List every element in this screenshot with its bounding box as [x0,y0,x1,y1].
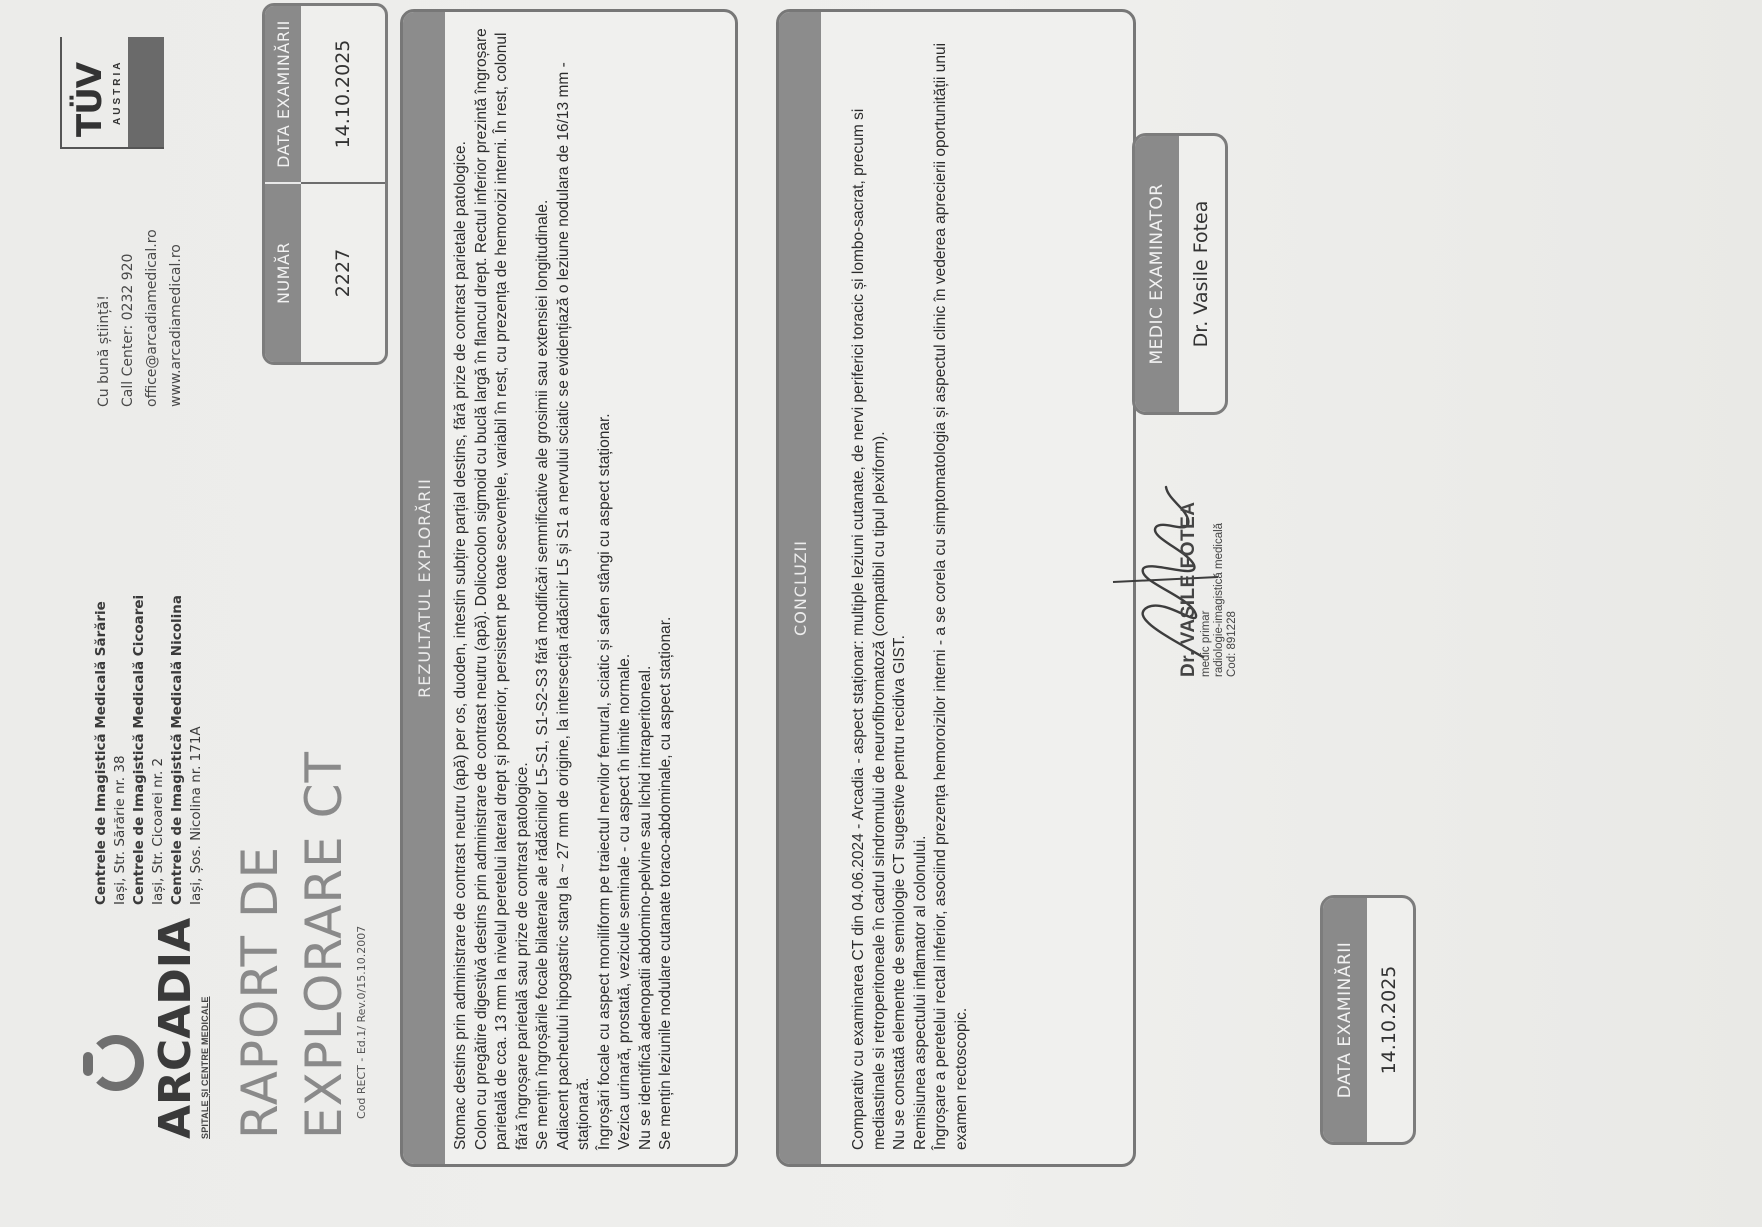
finding-paragraph: Nu se identifică adenopatii abdomino-pel… [636,26,657,1150]
arcadia-logo-icon [88,1035,144,1091]
arcadia-logo: ARCADIA SPITALE ȘI CENTRE MEDICALE [88,969,210,1139]
findings-body: Stomac destins prin administrare de cont… [445,12,687,1164]
stamp-title: medic primar [1200,501,1213,677]
finding-paragraph: Vezica urinară, prostată, vezicule semin… [615,26,636,1150]
email-link[interactable]: office@arcadiamedical.ro [140,187,164,407]
findings-heading: REZULTATUL EXPLORĂRII [403,12,445,1164]
conclusions-heading: CONCLUZII [779,12,821,1164]
tuv-seal-band [128,37,164,147]
center-address: Iași, Șos. Nicolina nr. 171A [187,475,206,905]
examiner-box: MEDIC EXAMINATOR Dr. Vasile Fotea [1132,133,1228,415]
report-meta-box: NUMĂR DATA EXAMINĂRII 2227 14.10.2025 [262,3,388,365]
stamp-name: Dr. VASILE FOTEA [1178,501,1200,677]
examiner-value: Dr. Vasile Fotea [1179,136,1223,412]
center-name: Centrele de Imagistică Medicală Sărărie [92,475,111,905]
brand-name: ARCADIA [154,969,198,1139]
bleed-through-text [1300,57,1720,1157]
doctor-stamp: Dr. VASILE FOTEA medic primar radiologie… [1178,501,1239,677]
tuv-certification-logo: TÜV AUSTRIA [60,37,164,149]
number-value: 2227 [301,184,385,362]
conclusion-paragraph: Remisiunea aspectului inflamator al colo… [911,26,932,1150]
centers-list: Centrele de Imagistică Medicală Sărărie … [92,475,206,905]
photo-background: ARCADIA SPITALE ȘI CENTRE MEDICALE Centr… [0,0,1762,1227]
call-center: Call Center: 0232 920 [116,187,140,407]
finding-paragraph: Stomac destins prin administrare de cont… [451,26,472,1150]
greeting: Cu bună știință! [92,187,116,407]
document-code: Cod RECT - Ed.1/ Rev.0/15.10.2007 [355,926,368,1119]
finding-paragraph: Se mențin îngroșările focale bilaterale … [533,26,554,1150]
conclusion-paragraph: Comparativ cu examinarea CT din 04.06.20… [849,26,890,1150]
website-link[interactable]: www.arcadiamedical.ro [164,187,188,407]
finding-paragraph: Îngroșări focale cu aspect moniliform pe… [595,26,616,1150]
date-label: DATA EXAMINĂRII [265,6,301,184]
signature-stamp: Dr. VASILE FOTEA medic primar radiologie… [1138,457,1258,707]
ct-report-page: ARCADIA SPITALE ȘI CENTRE MEDICALE Centr… [0,0,1762,1227]
finding-paragraph: Se mențin leziunile nodulare cutanate to… [656,26,677,1150]
center-address: Iași, Str. Cicoarei nr. 2 [149,475,168,905]
report-title: RAPORT DE EXPLORARE CT [228,751,356,1139]
examiner-label: MEDIC EXAMINATOR [1135,136,1179,412]
number-label: NUMĂR [265,184,301,362]
center-address: Iași, Str. Sărărie nr. 38 [111,475,130,905]
conclusions-body: Comparativ cu examinarea CT din 04.06.20… [821,12,982,1164]
title-line-1: RAPORT DE [228,751,292,1139]
conclusions-section: CONCLUZII Comparativ cu examinarea CT di… [776,9,1136,1167]
finding-paragraph: Adiacent pachetului hipogastric stang la… [554,26,595,1150]
stamp-code: Cod: 891228 [1226,501,1239,677]
stamp-specialty: radiologie-imagistică medicală [1213,501,1226,677]
center-name: Centrele de Imagistică Medicală Nicolina [168,475,187,905]
date-value: 14.10.2025 [301,6,385,184]
center-name: Centrele de Imagistică Medicală Cicoarei [130,475,149,905]
findings-section: REZULTATUL EXPLORĂRII Stomac destins pri… [400,9,738,1167]
conclusion-paragraph: Nu se constată elemente de semiologie CT… [890,26,911,1150]
conclusion-paragraph: Îngroșare a peretelui rectal inferior, a… [931,26,972,1150]
contact-block: Cu bună știință! Call Center: 0232 920 o… [92,187,188,407]
title-line-2: EXPLORARE CT [292,751,356,1139]
tuv-country: AUSTRIA [112,60,123,125]
brand-tagline: SPITALE ȘI CENTRE MEDICALE [200,969,210,1139]
tuv-mark: TÜV [70,63,110,137]
finding-paragraph: Colon cu pregătire digestivă destins pri… [472,26,534,1150]
